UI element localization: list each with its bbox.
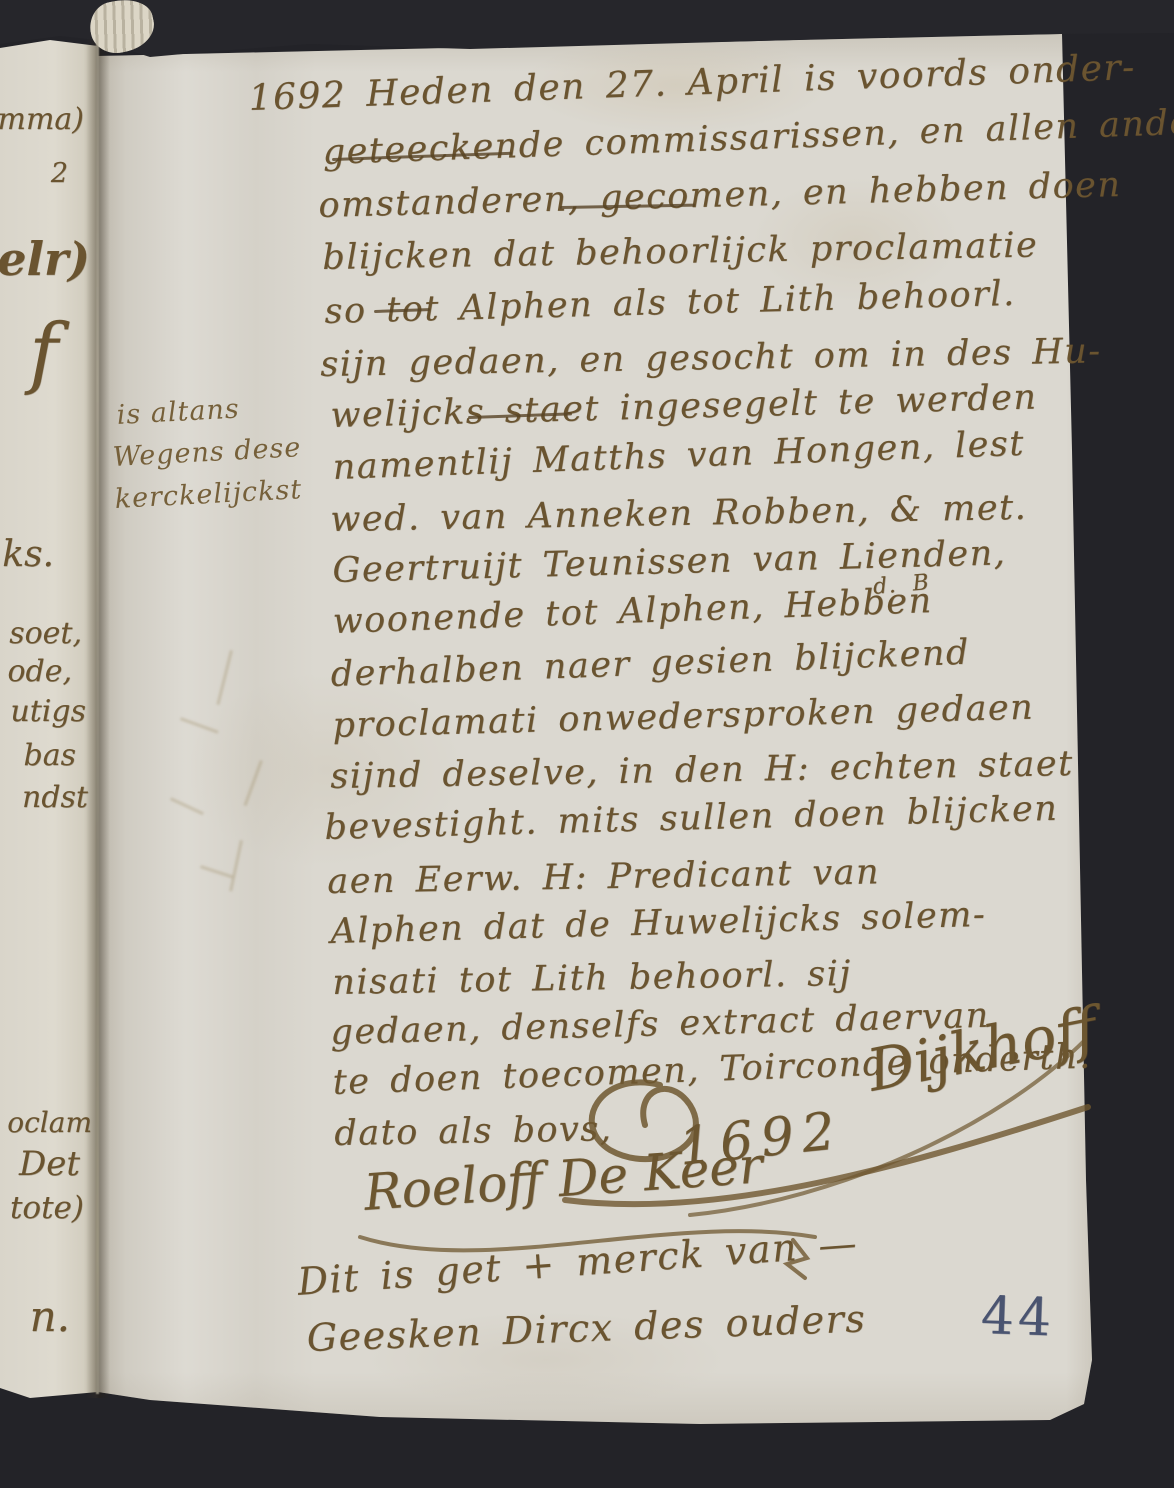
left-page-fragment: 2 (51, 158, 68, 189)
gutter-fold-line (96, 42, 99, 1394)
page-number: 44 (980, 1286, 1056, 1349)
left-page-fragment: ks. (2, 534, 54, 575)
left-page-fragment: ode, (7, 654, 72, 689)
left-page-fragment: bas (24, 738, 77, 773)
left-page-fragment: f (29, 308, 58, 398)
left-page-fragment: Det (19, 1144, 80, 1184)
left-page-fragment: mma) (0, 102, 84, 137)
left-page-edge: mma) 2 Pelr) f ks. soet, ode, utigs bas … (0, 40, 98, 1398)
left-page-fragment: oclam (7, 1106, 92, 1139)
left-page-fragment: n. (30, 1292, 70, 1341)
left-page-fragment: ndst (22, 780, 88, 815)
left-page-fragment: Pelr) (0, 232, 90, 286)
interline-insert: d. B (872, 570, 931, 600)
margin-note-line: is altans (116, 394, 240, 431)
left-page-fragment: utigs (10, 694, 86, 729)
left-page-fragment: tote) (10, 1190, 84, 1226)
left-page-fragment: soet, (9, 616, 82, 651)
manuscript-scan: mma) 2 Pelr) f ks. soet, ode, utigs bas … (0, 0, 1174, 1488)
